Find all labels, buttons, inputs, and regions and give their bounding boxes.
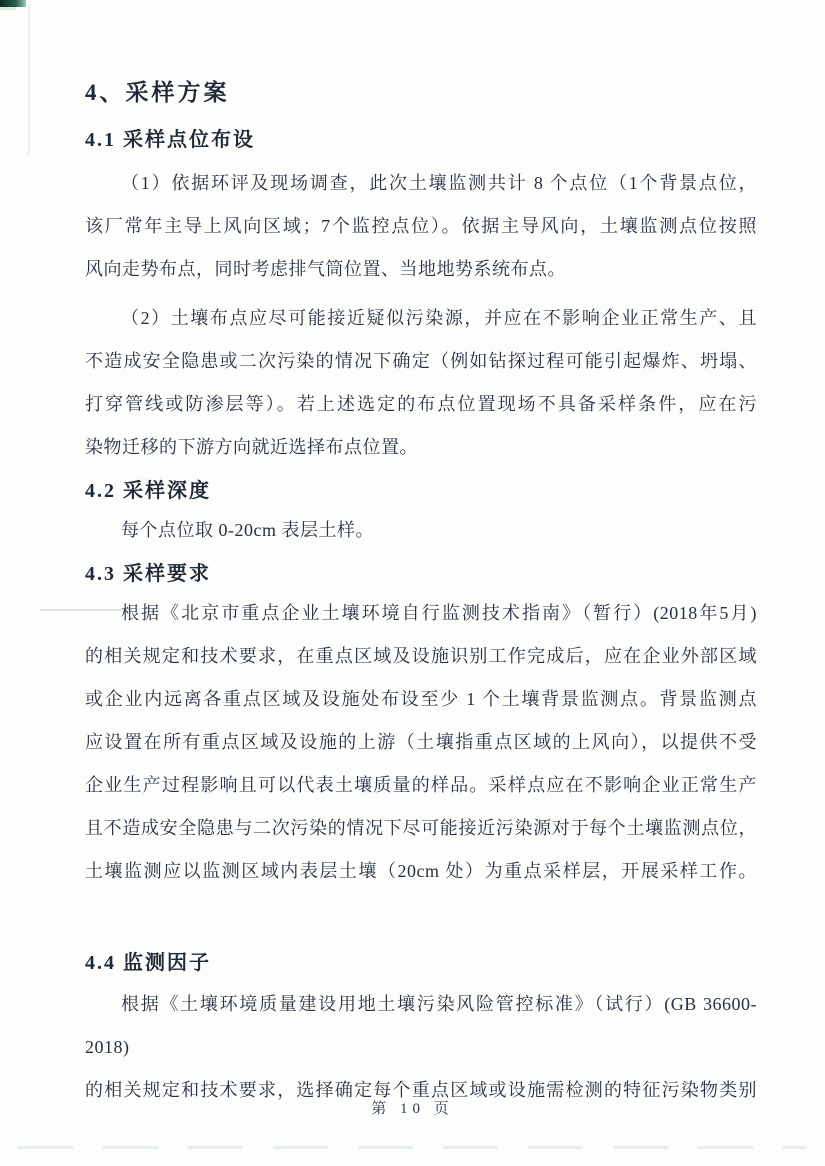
paragraph: 根据《北京市重点企业土壤环境自行监测技术指南》（暂行）(2018年5月) 的相关…: [85, 592, 757, 893]
section-4-3-heading: 4.3 采样要求: [85, 560, 757, 588]
paragraph-line: 该厂常年主导上风向区域；7个监控点位）。依据主导风向，土壤监测点位按照: [85, 205, 757, 248]
scan-artifact-top-left: [0, 0, 26, 7]
paragraph-line: 企业生产过程影响且可以代表土壤质量的样品。采样点应在不影响企业正常生产: [85, 764, 757, 807]
section-4-1-heading: 4.1 采样点位布设: [85, 126, 757, 154]
scanned-document-page: 4、采样方案 4.1 采样点位布设 （1）依据环评及现场调查，此次土壤监测共计 …: [0, 0, 825, 1166]
scan-artifact-left-edge-line: [28, 4, 30, 154]
paragraph-line: 风向走势布点，同时考虑排气筒位置、当地地势系统布点。: [85, 248, 757, 291]
paragraph-line: 打穿管线或防渗层等）。若上述选定的布点位置现场不具备采样条件，应在污: [85, 383, 757, 426]
paragraph: （1）依据环评及现场调查，此次土壤监测共计 8 个点位（1个背景点位， 该厂常年…: [85, 162, 757, 291]
paragraph-line: 根据《北京市重点企业土壤环境自行监测技术指南》（暂行）(2018年5月): [85, 592, 757, 635]
paragraph: 每个点位取 0-20cm 表层土样。: [85, 509, 757, 552]
section-4-4: 4.4 监测因子 根据《土壤环境质量建设用地土壤污染风险管控标准》（试行）(GB…: [85, 949, 757, 1112]
page-number: 第 10 页: [0, 1096, 825, 1122]
paragraph-line: 应设置在所有重点区域及设施的上游（土壤指重点区域的上风向），以提供不受: [85, 721, 757, 764]
section-4-2: 4.2 采样深度 每个点位取 0-20cm 表层土样。: [85, 477, 757, 552]
paragraph-line: （1）依据环评及现场调查，此次土壤监测共计 8 个点位（1个背景点位，: [85, 162, 757, 205]
section-4-2-heading: 4.2 采样深度: [85, 477, 757, 505]
paragraph-line: 或企业内远离各重点区域及设施处布设至少 1 个土壤背景监测点。背景监测点: [85, 678, 757, 721]
paragraph-line: 染物迁移的下游方向就近选择布点位置。: [85, 426, 757, 469]
paragraph-line: 根据《土壤环境质量建设用地土壤污染风险管控标准》（试行）(GB 36600-20…: [85, 983, 757, 1069]
paragraph-line: 不造成安全隐患或二次污染的情况下确定（例如钻探过程可能引起爆炸、坍塌、: [85, 340, 757, 383]
document-body: 4、采样方案 4.1 采样点位布设 （1）依据环评及现场调查，此次土壤监测共计 …: [85, 78, 757, 1118]
scan-artifact-top-left-fade: [0, 7, 16, 10]
paragraph-line: 且不造成安全隐患与二次污染的情况下尽可能接近污染源对于每个土壤监测点位，: [85, 807, 757, 850]
paragraph: 根据《土壤环境质量建设用地土壤污染风险管控标准》（试行）(GB 36600-20…: [85, 983, 757, 1112]
section-4-4-heading: 4.4 监测因子: [85, 949, 757, 977]
section-4-3: 4.3 采样要求 根据《北京市重点企业土壤环境自行监测技术指南》（暂行）(201…: [85, 560, 757, 893]
paragraph-line: 土壤监测应以监测区域内表层土壤（20cm 处）为重点采样层，开展采样工作。: [85, 850, 757, 893]
section-4-1: 4.1 采样点位布设 （1）依据环评及现场调查，此次土壤监测共计 8 个点位（1…: [85, 126, 757, 469]
paragraph-line: 的相关规定和技术要求，在重点区域及设施识别工作完成后，应在企业外部区域: [85, 635, 757, 678]
chapter-title: 4、采样方案: [85, 78, 757, 108]
paragraph-line: （2）土壤布点应尽可能接近疑似污染源，并应在不影响企业正常生产、且: [85, 297, 757, 340]
scan-artifact-bottom-line: [18, 1146, 807, 1149]
paragraph-line: 每个点位取 0-20cm 表层土样。: [85, 509, 757, 552]
paragraph: （2）土壤布点应尽可能接近疑似污染源，并应在不影响企业正常生产、且 不造成安全隐…: [85, 297, 757, 469]
